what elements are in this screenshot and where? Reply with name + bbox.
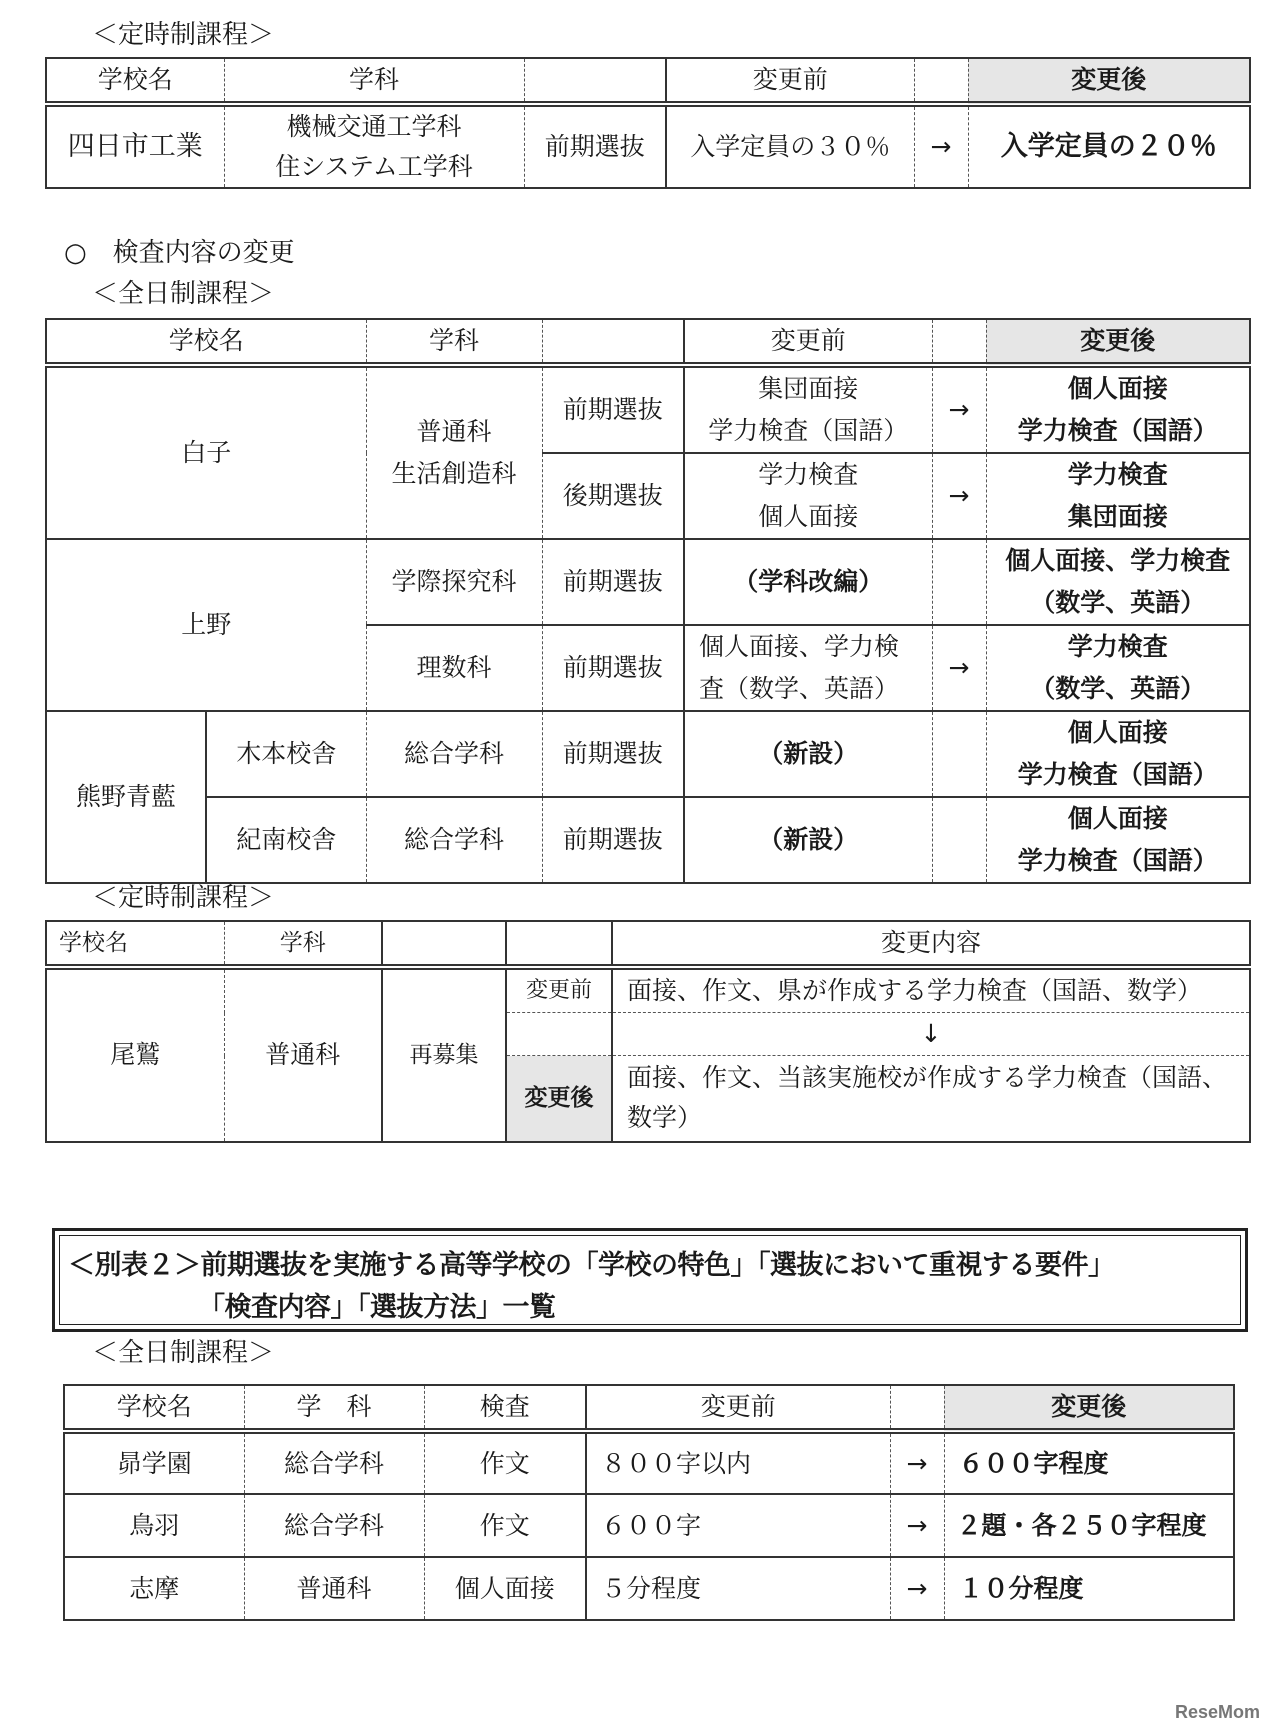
cell-selection: 後期選抜	[542, 453, 684, 539]
cell-after: ６００字程度	[944, 1431, 1234, 1494]
header-after: 変更後	[968, 58, 1250, 104]
cell-after: 入学定員の２０％	[968, 104, 1250, 188]
cell-after: １０分程度	[944, 1557, 1234, 1620]
appendix-title-box: ＜別表２＞前期選抜を実施する高等学校の「学校の特色」「選抜において重視する要件」…	[52, 1228, 1248, 1332]
cell-department: 普通科	[244, 1557, 424, 1620]
table-row: 四日市工業 機械交通工学科 住システム工学科 前期選抜 入学定員の３０％ → 入…	[46, 104, 1250, 188]
cell-before: ８００字以内	[586, 1431, 890, 1494]
appendix-table: 学校名 学 科 検査 変更前 変更後 昴学園 総合学科 作文 ８００字以内 → …	[63, 1384, 1235, 1621]
header-selection	[524, 58, 666, 104]
cell-before: （新設）	[684, 797, 932, 883]
exam-content-fulltime-table: 学校名 学科 変更前 変更後 白子 普通科 生活創造科 前期選抜 集団面接 学力…	[45, 318, 1251, 884]
header-arrow	[932, 319, 986, 365]
cell-selection: 前期選抜	[542, 797, 684, 883]
table-row: 白子 普通科 生活創造科 前期選抜 集団面接 学力検査（国語） → 個人面接 学…	[46, 365, 1250, 453]
cell-exam: 作文	[424, 1494, 586, 1557]
table-row: 鳥羽 総合学科 作文 ６００字 → ２題・各２５０字程度	[64, 1494, 1234, 1557]
cell-selection: 前期選抜	[542, 539, 684, 625]
cell-school: 尾鷲	[46, 967, 224, 1142]
header-arrow	[890, 1385, 944, 1431]
header-selection	[542, 319, 684, 365]
header-after: 変更後	[986, 319, 1250, 365]
label-before: 変更前	[506, 967, 612, 1013]
appendix-title-line1: ＜別表２＞前期選抜を実施する高等学校の「学校の特色」「選抜において重視する要件」	[68, 1246, 1115, 1286]
arrow-icon: →	[890, 1557, 944, 1620]
cell-school: 上野	[46, 539, 366, 711]
header-type	[382, 921, 506, 967]
arrow-cell	[932, 711, 986, 797]
cell-department: 総合学科	[244, 1431, 424, 1494]
arrow-icon: →	[914, 104, 968, 188]
cell-school: 熊野青藍	[46, 711, 206, 883]
cell-school: 白子	[46, 365, 366, 539]
cell-school: 昴学園	[64, 1431, 244, 1494]
appendix-title-line2: 「検査内容」「選抜方法」一覧	[198, 1288, 556, 1328]
header-before: 変更前	[684, 319, 932, 365]
cell-type: 再募集	[382, 967, 506, 1142]
header-arrow	[914, 58, 968, 104]
cell-selection: 前期選抜	[542, 625, 684, 711]
label-blank	[506, 1013, 612, 1056]
resemom-logo: ReseMom	[1175, 1702, 1260, 1723]
table-row: 紀南校舎 総合学科 前期選抜 （新設） 個人面接 学力検査（国語）	[46, 797, 1250, 883]
table-row: 尾鷲 普通科 再募集 変更前 面接、作文、県が作成する学力検査（国語、数学）	[46, 967, 1250, 1013]
header-department: 学 科	[244, 1385, 424, 1431]
header-department: 学科	[224, 921, 382, 967]
cell-school: 四日市工業	[46, 104, 224, 188]
cell-department: 総合学科	[366, 711, 542, 797]
cell-before: 集団面接 学力検査（国語）	[684, 365, 932, 453]
fulltime-caption: ＜全日制課程＞	[92, 279, 274, 309]
cell-selection: 前期選抜	[524, 104, 666, 188]
arrow-cell	[932, 797, 986, 883]
cell-before: ５分程度	[586, 1557, 890, 1620]
table-row: 志摩 普通科 個人面接 ５分程度 → １０分程度	[64, 1557, 1234, 1620]
header-school: 学校名	[46, 319, 366, 365]
cell-exam: 個人面接	[424, 1557, 586, 1620]
cell-department: 総合学科	[366, 797, 542, 883]
cell-departments: 機械交通工学科 住システム工学科	[224, 104, 524, 188]
cell-after: 学力検査 （数学、英語）	[986, 625, 1250, 711]
table-row: 昴学園 総合学科 作文 ８００字以内 → ６００字程度	[64, 1431, 1234, 1494]
appendix-caption: ＜全日制課程＞	[92, 1338, 274, 1368]
label-after: 変更後	[506, 1056, 612, 1142]
cell-after: 個人面接、学力検査 （数学、英語）	[986, 539, 1250, 625]
header-label	[506, 921, 612, 967]
arrow-icon: →	[890, 1494, 944, 1557]
cell-before: 面接、作文、県が作成する学力検査（国語、数学）	[612, 967, 1250, 1013]
cell-selection: 前期選抜	[542, 711, 684, 797]
cell-after: 学力検査 集団面接	[986, 453, 1250, 539]
arrow-down-icon: ↓	[612, 1013, 1250, 1056]
cell-department: 総合学科	[244, 1494, 424, 1557]
arrow-cell	[932, 539, 986, 625]
cell-before: ６００字	[586, 1494, 890, 1557]
header-school: 学校名	[46, 58, 224, 104]
cell-after: 個人面接 学力検査（国語）	[986, 365, 1250, 453]
cell-before: 入学定員の３０％	[666, 104, 914, 188]
table-row: 上野 学際探究科 前期選抜 （学科改編） 個人面接、学力検査 （数学、英語）	[46, 539, 1250, 625]
cell-campus: 紀南校舎	[206, 797, 366, 883]
cell-after: 個人面接 学力検査（国語）	[986, 797, 1250, 883]
header-exam: 検査	[424, 1385, 586, 1431]
quota-change-table: 学校名 学科 変更前 変更後 四日市工業 機械交通工学科 住システム工学科 前期…	[45, 57, 1251, 189]
cell-department: 学際探究科	[366, 539, 542, 625]
header-department: 学科	[366, 319, 542, 365]
header-after: 変更後	[944, 1385, 1234, 1431]
header-before: 変更前	[586, 1385, 890, 1431]
section2-heading: ○ 検査内容の変更	[64, 238, 295, 268]
arrow-icon: →	[932, 365, 986, 453]
cell-school: 鳥羽	[64, 1494, 244, 1557]
cell-department: 理数科	[366, 625, 542, 711]
section1-caption: ＜定時制課程＞	[92, 20, 274, 50]
table-row: 熊野青藍 木本校舎 総合学科 前期選抜 （新設） 個人面接 学力検査（国語）	[46, 711, 1250, 797]
header-before: 変更前	[666, 58, 914, 104]
appendix-title-inner: ＜別表２＞前期選抜を実施する高等学校の「学校の特色」「選抜において重視する要件」…	[59, 1235, 1241, 1325]
cell-department: 普通科	[224, 967, 382, 1142]
cell-before: （学科改編）	[684, 539, 932, 625]
cell-after: ２題・各２５０字程度	[944, 1494, 1234, 1557]
cell-before: （新設）	[684, 711, 932, 797]
arrow-icon: →	[890, 1431, 944, 1494]
cell-after: 面接、作文、当該実施校が作成する学力検査（国語、数学）	[612, 1056, 1250, 1142]
cell-exam: 作文	[424, 1431, 586, 1494]
exam-content-parttime-table: 学校名 学科 変更内容 尾鷲 普通科 再募集 変更前 面接、作文、県が作成する学…	[45, 920, 1251, 1143]
cell-school: 志摩	[64, 1557, 244, 1620]
arrow-icon: →	[932, 453, 986, 539]
parttime-caption: ＜定時制課程＞	[92, 883, 274, 913]
header-school: 学校名	[46, 921, 224, 967]
header-school: 学校名	[64, 1385, 244, 1431]
header-change-content: 変更内容	[612, 921, 1250, 967]
cell-campus: 木本校舎	[206, 711, 366, 797]
header-department: 学科	[224, 58, 524, 104]
cell-department: 普通科 生活創造科	[366, 365, 542, 539]
cell-before: 個人面接、学力検 査（数学、英語）	[684, 625, 932, 711]
arrow-icon: →	[932, 625, 986, 711]
cell-selection: 前期選抜	[542, 365, 684, 453]
cell-after: 個人面接 学力検査（国語）	[986, 711, 1250, 797]
cell-before: 学力検査 個人面接	[684, 453, 932, 539]
